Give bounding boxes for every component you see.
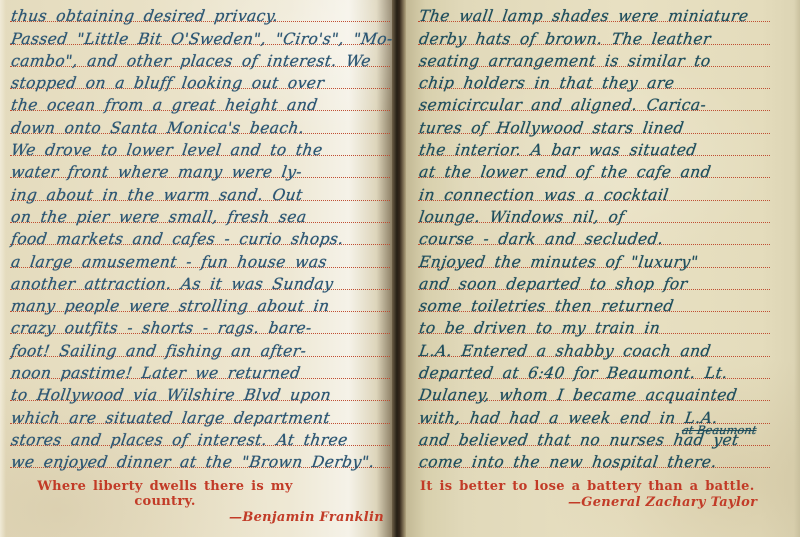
quote-text: It is better to lose a battery than a ba… bbox=[420, 479, 800, 494]
ruled-line: water front where many were ly- bbox=[10, 156, 390, 178]
handwritten-text: lounge. Windows nil, of bbox=[418, 208, 626, 226]
ruled-line: noon pastime! Later we returned bbox=[10, 357, 390, 379]
handwritten-text: derby hats of brown. The leather bbox=[418, 30, 712, 48]
handwritten-text: in connection was a cocktail bbox=[418, 186, 670, 204]
right-page-quote: It is better to lose a battery than a ba… bbox=[406, 479, 800, 510]
handwritten-text: water front where many were ly- bbox=[10, 163, 303, 181]
ruled-line: which are situated large department bbox=[10, 401, 390, 423]
handwritten-text: another attraction. As it was Sunday bbox=[10, 275, 335, 293]
handwritten-text: noon pastime! Later we returned bbox=[10, 364, 302, 382]
handwritten-text: departed at 6:40 for Beaumont. Lt. bbox=[418, 364, 729, 382]
handwritten-text: to be driven to my train in bbox=[418, 319, 662, 337]
handwritten-text: which are situated large department bbox=[10, 409, 331, 427]
ruled-line: with, had had a week end in L.A. bbox=[418, 401, 770, 423]
ruled-line: tures of Hollywood stars lined bbox=[418, 111, 770, 133]
right-page-edge bbox=[794, 0, 800, 537]
handwritten-text: thus obtaining desired privacy. bbox=[10, 7, 279, 25]
right-page: The wall lamp shades were miniaturederby… bbox=[406, 0, 800, 537]
ruled-line: food markets and cafes - curio shops. bbox=[10, 223, 390, 245]
handwritten-text: food markets and cafes - curio shops. bbox=[10, 230, 345, 248]
handwritten-text: we enjoyed dinner at the "Brown Derby". bbox=[10, 453, 376, 471]
ruled-line: L.A. Entered a shabby coach and bbox=[418, 334, 770, 356]
handwritten-text: on the pier were small, fresh sea bbox=[10, 208, 308, 226]
handwritten-text: stopped on a bluff looking out over bbox=[10, 74, 326, 92]
ruled-line: ing about in the warm sand. Out bbox=[10, 178, 390, 200]
handwritten-text: to Hollywood via Wilshire Blvd upon bbox=[10, 386, 332, 404]
ruled-line: derby hats of brown. The leather bbox=[418, 22, 770, 44]
strikethrough-insertion-text: at Beaumont bbox=[681, 423, 757, 437]
handwritten-text: Passed "Little Bit O'Sweden", "Ciro's", … bbox=[10, 30, 392, 48]
handwritten-text: the ocean from a great height and bbox=[10, 96, 319, 114]
handwritten-text: and soon departed to shop for bbox=[418, 275, 689, 293]
handwritten-text: ing about in the warm sand. Out bbox=[10, 186, 304, 204]
ruled-line: chip holders in that they are bbox=[418, 67, 770, 89]
ruled-line: departed at 6:40 for Beaumont. Lt. bbox=[418, 357, 770, 379]
ruled-line: to be driven to my train in bbox=[418, 312, 770, 334]
handwritten-text: a large amusement - fun house was bbox=[10, 253, 328, 271]
handwritten-text: semicircular and aligned. Carica- bbox=[418, 96, 707, 114]
ruled-line: Enjoyed the minutes of "luxury" bbox=[418, 245, 770, 267]
handwritten-text: The wall lamp shades were miniature bbox=[418, 7, 750, 25]
ruled-line: many people were strolling about in bbox=[10, 290, 390, 312]
handwritten-text: L.A. Entered a shabby coach and bbox=[418, 342, 712, 360]
ruled-line: the interior. A bar was situated bbox=[418, 134, 770, 156]
left-page-quote: Where liberty dwells there is my country… bbox=[0, 479, 392, 525]
handwritten-text: crazy outfits - shorts - rags. bare- bbox=[10, 319, 313, 337]
book-gutter bbox=[392, 0, 406, 537]
quote-text: Where liberty dwells there is my country… bbox=[0, 479, 392, 509]
ruled-line: some toiletries then returned bbox=[418, 290, 770, 312]
handwritten-text: Dulaney, whom I became acquainted bbox=[418, 386, 738, 404]
handwritten-text: down onto Santa Monica's beach. bbox=[10, 119, 306, 137]
ruled-line: stopped on a bluff looking out over bbox=[10, 67, 390, 89]
ruled-line: We drove to lower level and to the bbox=[10, 134, 390, 156]
left-page: thus obtaining desired privacy.Passed "L… bbox=[0, 0, 392, 537]
handwritten-text: some toiletries then returned bbox=[418, 297, 675, 315]
handwritten-text: stores and places of interest. At three bbox=[10, 431, 349, 449]
ruled-line: at the lower end of the cafe and bbox=[418, 156, 770, 178]
right-page-lines: The wall lamp shades were miniaturederby… bbox=[406, 0, 800, 468]
handwritten-text: chip holders in that they are bbox=[418, 74, 676, 92]
ruled-line: semicircular and aligned. Carica- bbox=[418, 89, 770, 111]
ruled-line: lounge. Windows nil, of bbox=[418, 201, 770, 223]
handwritten-text: tures of Hollywood stars lined bbox=[418, 119, 685, 137]
handwritten-text: seating arrangement is similar to bbox=[418, 52, 712, 70]
ruled-line: to Hollywood via Wilshire Blvd upon bbox=[10, 379, 390, 401]
ruled-line: Dulaney, whom I became acquainted bbox=[418, 379, 770, 401]
ruled-line: The wall lamp shades were miniature bbox=[418, 0, 770, 22]
ruled-line: crazy outfits - shorts - rags. bare- bbox=[10, 312, 390, 334]
handwritten-text: many people were strolling about in bbox=[10, 297, 331, 315]
ruled-line: we enjoyed dinner at the "Brown Derby". bbox=[10, 446, 390, 468]
quote-attribution: —Benjamin Franklin bbox=[0, 510, 392, 525]
handwritten-text: foot! Sailing and fishing an after- bbox=[10, 342, 308, 360]
ruled-line: foot! Sailing and fishing an after- bbox=[10, 334, 390, 356]
handwritten-text: cambo", and other places of interest. We bbox=[10, 52, 372, 70]
ruled-line: on the pier were small, fresh sea bbox=[10, 201, 390, 223]
handwritten-text: with, had had a week end in L.A. bbox=[418, 409, 719, 427]
diary-spread: thus obtaining desired privacy.Passed "L… bbox=[0, 0, 800, 537]
handwritten-text: course - dark and secluded. bbox=[418, 230, 665, 248]
ruled-line: come into the new hospital there. bbox=[418, 446, 770, 468]
handwritten-text: come into the new hospital there. bbox=[418, 453, 718, 471]
ruled-line: Passed "Little Bit O'Sweden", "Ciro's", … bbox=[10, 22, 390, 44]
handwritten-text: at the lower end of the cafe and bbox=[418, 163, 712, 181]
ruled-line: course - dark and secluded. bbox=[418, 223, 770, 245]
handwritten-text: the interior. A bar was situated bbox=[418, 141, 698, 159]
handwritten-text: We drove to lower level and to the bbox=[10, 141, 324, 159]
quote-attribution: —General Zachary Taylor bbox=[420, 495, 800, 510]
handwritten-text: Enjoyed the minutes of "luxury" bbox=[418, 253, 699, 271]
ruled-line: down onto Santa Monica's beach. bbox=[10, 111, 390, 133]
ruled-line: the ocean from a great height and bbox=[10, 89, 390, 111]
ruled-line: in connection was a cocktail bbox=[418, 178, 770, 200]
left-page-lines: thus obtaining desired privacy.Passed "L… bbox=[0, 0, 392, 468]
ruled-line: a large amusement - fun house was bbox=[10, 245, 390, 267]
ruled-line: thus obtaining desired privacy. bbox=[10, 0, 390, 22]
